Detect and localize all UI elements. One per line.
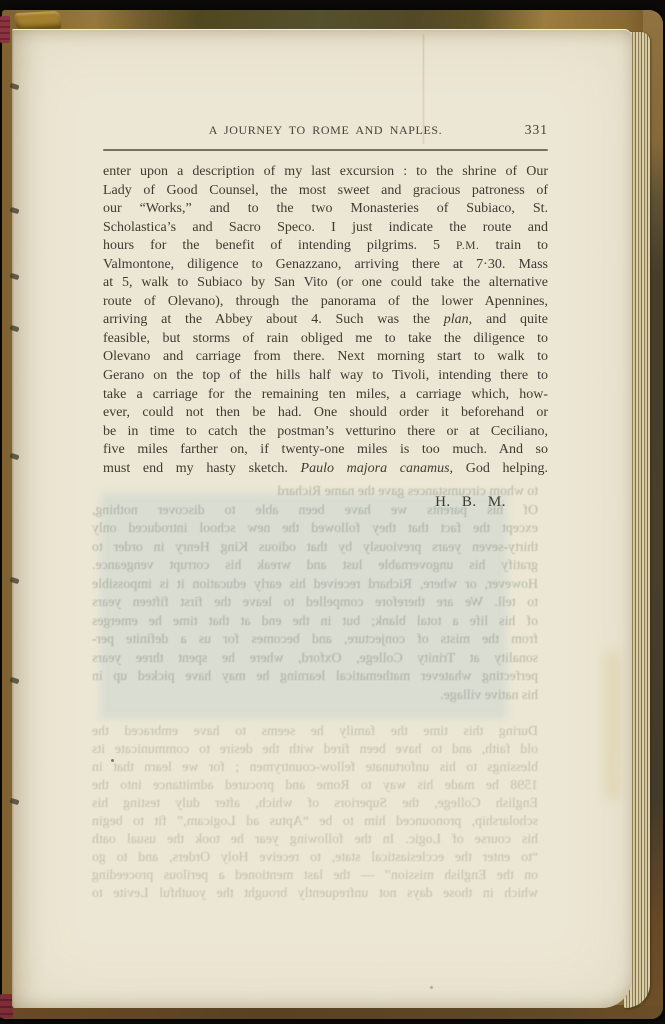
- showthrough-line: his course of Logic. In the following ye…: [92, 830, 538, 848]
- showthrough-line: blessings to his unfortunate fellow-coun…: [92, 758, 538, 776]
- text-line: take a carriage for the remaining ten mi…: [103, 386, 548, 405]
- showthrough-line: to tell. We are therefore compelled to l…: [92, 593, 538, 612]
- text-line: be in time to catch the postman’s vettur…: [103, 423, 548, 442]
- text-line: at 5, walk to Subiaco by San Vito (or on…: [103, 274, 548, 293]
- text-segment-italic: plan: [444, 312, 469, 327]
- spine-headband: [0, 16, 10, 43]
- running-title: A JOURNEY TO ROME AND NAPLES.: [103, 123, 548, 138]
- paper-speck: [430, 986, 433, 989]
- photograph-background: { "header": { "title": "A JOURNEY TO ROM…: [0, 0, 665, 1024]
- gutter-crease: [12, 30, 14, 1008]
- text-segment: Scholastica’s and Sacro Speco. I just in…: [103, 220, 548, 235]
- text-line: Gerano on the top of the hills half way …: [103, 367, 548, 386]
- showthrough-line: “to enter the ecclesiastical state, to r…: [92, 848, 538, 866]
- text-line: our “Works,” and to the two Monasteries …: [103, 200, 548, 219]
- text-segment: five miles farther on, if twenty-one mil…: [103, 442, 548, 457]
- text-segment-smallcaps: P.M.: [456, 240, 479, 252]
- showthrough-line: gratify his ungovernable lust and wreak …: [92, 556, 538, 575]
- text-segment: Lady of Good Counsel, the most sweet and…: [103, 183, 548, 198]
- showthrough-line: from the mists of conjecture, and become…: [92, 630, 538, 649]
- paper-stain: [604, 650, 620, 800]
- text-line: ever, could not then be had. One should …: [103, 404, 548, 423]
- text-segment: our “Works,” and to the two Monasteries …: [103, 201, 548, 216]
- text-segment: Valmontone, diligence to Genazzano, arri…: [103, 257, 548, 272]
- text-segment-italic: Paulo majora canamus: [301, 461, 450, 476]
- text-segment: feasible, but storms of rain obliged me …: [103, 331, 548, 346]
- text-segment: train to: [479, 238, 548, 253]
- page-number: 331: [525, 122, 548, 138]
- text-line: Valmontone, diligence to Genazzano, arri…: [103, 256, 548, 275]
- text-line: enter upon a description of my last excu…: [103, 163, 548, 182]
- text-line: must end my hasty sketch. Paulo majora c…: [103, 460, 548, 479]
- showthrough-line: on the English mission” — the last menti…: [92, 866, 538, 884]
- showthrough-line: During this time the family he seems to …: [92, 722, 538, 740]
- text-segment: be in time to catch the postman’s vettur…: [103, 424, 548, 439]
- showthrough-text-upper: to whom circumstances gave the name Rich…: [92, 482, 538, 704]
- text-segment: at 5, walk to Subiaco by San Vito (or on…: [103, 275, 548, 290]
- showthrough-text-lower: During this time the family he seems to …: [92, 722, 538, 902]
- text-segment: ever, could not then be had. One should …: [103, 405, 548, 420]
- text-segment: , God helping.: [450, 461, 548, 476]
- showthrough-line: his native village.: [92, 686, 538, 705]
- body-text: enter upon a description of my last excu…: [103, 163, 548, 478]
- text-line: Olevano and carriage from there. Next mo…: [103, 348, 548, 367]
- showthrough-line: sonality at Trinity College, Oxford, whe…: [92, 649, 538, 668]
- text-segment: route of Olevano), through the panorama …: [103, 294, 548, 309]
- text-line: Scholastica’s and Sacro Speco. I just in…: [103, 219, 548, 238]
- text-line: hours for the benefit of intending pilgr…: [103, 237, 548, 256]
- text-segment: Gerano on the top of the hills half way …: [103, 368, 548, 383]
- showthrough-line: old faith, and to have been fired with t…: [92, 740, 538, 758]
- showthrough-line: perfecting whatever mathematical learnin…: [92, 667, 538, 686]
- showthrough-line: English College, the Superiors of which,…: [92, 794, 538, 812]
- text-segment: hours for the benefit of intending pilgr…: [103, 238, 456, 253]
- text-segment: Olevano and carriage from there. Next mo…: [103, 349, 548, 364]
- showthrough-line: except the fact that they followed the n…: [92, 519, 538, 538]
- header-rule: [103, 149, 548, 151]
- text-segment: enter upon a description of my last excu…: [103, 164, 548, 179]
- text-line: arriving at the Abbey about 4. Such was …: [103, 311, 548, 330]
- text-line: Lady of Good Counsel, the most sweet and…: [103, 182, 548, 201]
- book-page: to whom circumstances gave the name Rich…: [12, 29, 632, 1008]
- showthrough-line: of his life a total blank; but in the en…: [92, 612, 538, 631]
- text-segment: must end my hasty sketch.: [103, 461, 301, 476]
- text-line: route of Olevano), through the panorama …: [103, 293, 548, 312]
- text-line: feasible, but storms of rain obliged me …: [103, 330, 548, 349]
- page-header: A JOURNEY TO ROME AND NAPLES. 331: [103, 123, 548, 141]
- showthrough-line: thirty-seven years previously by that od…: [92, 538, 538, 557]
- showthrough-line: scholarship, pronounced him to be “Aptus…: [92, 812, 538, 830]
- showthrough-line: which in those days not unfrequently bro…: [92, 884, 538, 902]
- text-line: five miles farther on, if twenty-one mil…: [103, 441, 548, 460]
- showthrough-line: However, or where, Richard received his …: [92, 575, 538, 594]
- text-segment: arriving at the Abbey about 4. Such was …: [103, 312, 444, 327]
- text-segment: , and quite: [469, 312, 548, 327]
- signature: H. B. M.: [103, 494, 548, 511]
- showthrough-line: 1598 he made his way to Rome and procure…: [92, 776, 538, 794]
- text-segment: take a carriage for the remaining ten mi…: [103, 387, 548, 402]
